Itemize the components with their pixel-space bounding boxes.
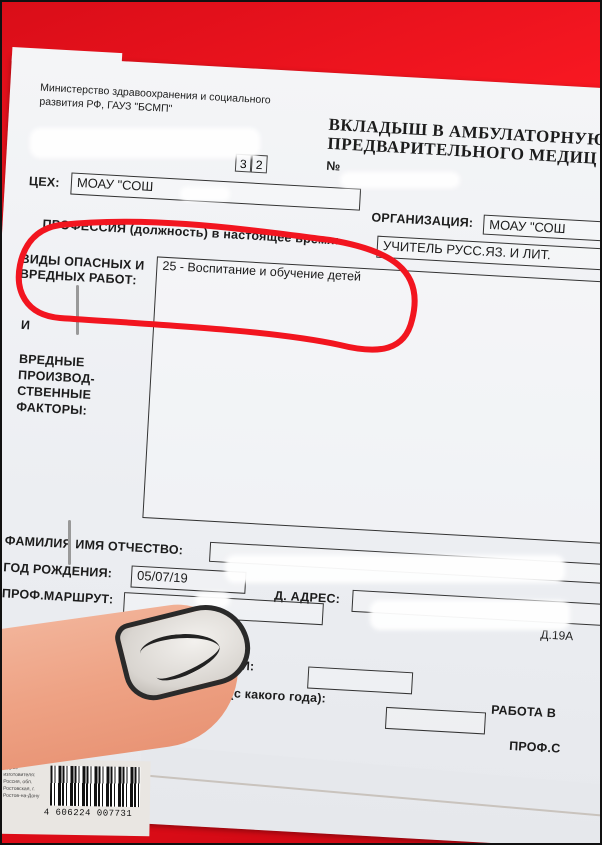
factors-label-1: ВРЕДНЫЕ: [19, 352, 85, 370]
and-label: И: [21, 318, 31, 332]
barcode-number: 4 606224 007731: [44, 807, 133, 819]
workshop-label: ЦЕХ:: [29, 174, 61, 190]
redaction-number: [340, 172, 460, 188]
organization-label: ОРГАНИЗАЦИЯ:: [371, 210, 474, 230]
redaction-workshop: [180, 187, 230, 201]
organization-field: МОАУ "СОШ: [483, 215, 602, 243]
staple-mark: [76, 285, 79, 335]
fullname-label: ФАМИЛИЯ ИМЯ ОТЧЕСТВО:: [5, 533, 184, 557]
hazard-since-field: [385, 707, 486, 735]
factors-label-2: ПРОИЗВОД-: [18, 368, 96, 386]
factors-label-4: ФАКТОРЫ:: [16, 400, 87, 418]
profession-field: УЧИТЕЛЬ РУСС.ЯЗ. И ЛИТ.: [376, 236, 602, 272]
birth-label: ГОД РОЖДЕНИЯ:: [3, 560, 113, 580]
strip-text: Адрес изготовителя: Россия, обл. Ростовс…: [3, 765, 48, 801]
factors-label-3: СТВЕННЫЕ: [17, 384, 92, 402]
hazard-work-box: 25 - Воспитание и обучение детей: [142, 256, 602, 544]
label-strip: Адрес изготовителя: Россия, обл. Ростовс…: [0, 759, 151, 837]
redaction-address: [370, 600, 570, 630]
redaction-header: [30, 128, 260, 158]
route-label: ПРОФ.МАРШРУТ:: [2, 586, 114, 606]
activity-field: [307, 666, 413, 694]
staple-mark-2: [68, 520, 71, 565]
redaction-fullname: [225, 555, 565, 583]
profession-label: ПРОФЕССИЯ (должность) в настоящее время:: [42, 217, 339, 248]
barcode: [50, 766, 141, 808]
prof-label: ПРОФ.С: [509, 739, 561, 756]
form-number-label: №: [326, 159, 341, 174]
work-in-label: РАБОТА В: [491, 703, 557, 721]
